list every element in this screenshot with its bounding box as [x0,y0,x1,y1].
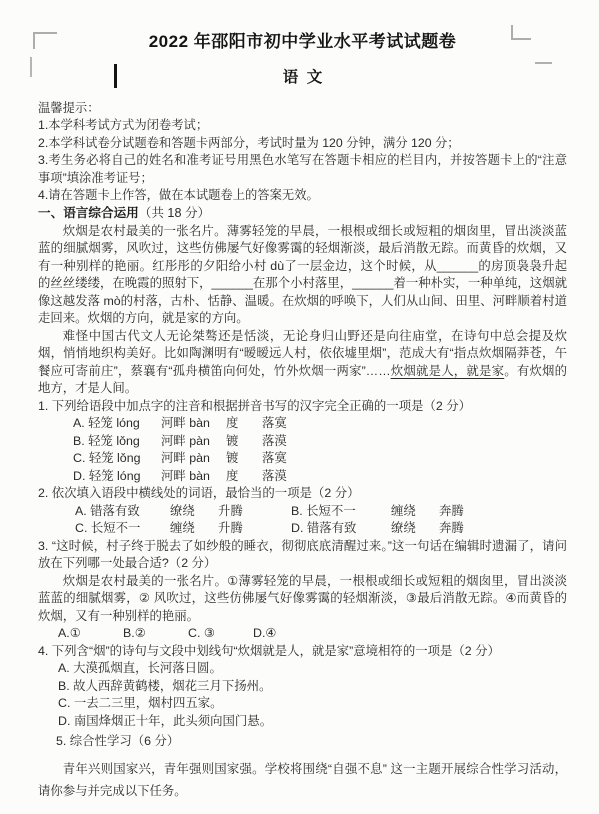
option-cell: 落漠 [262,468,287,486]
notice-items: 1.本学科考试方式为闭卷考试； 2.本学科试卷分试题卷和答题卡两部分，考试时量为… [38,117,567,204]
question-4-stem: 4. 下列含“烟”的诗句与文段中划线句“炊烟就是人，就是家”意境相符的一项是（2… [38,643,567,661]
section-heading-title: 一、语言综合运用 [38,206,139,220]
option-cell: 落寞 [262,450,287,468]
option-cell: 落漠 [262,433,287,451]
option-cell: 缭绕 [170,503,218,521]
exam-paper-page: 2022 年邵阳市初中学业水平考试试题卷 语 文 温馨提示： 1.本学科考试方式… [0,0,599,814]
question-1-option-row: C. 轻笼 lǒng河畔 pàn镀落寞 [73,450,567,468]
section-heading: 一、语言综合运用（共 18 分） [38,205,567,223]
option-cell: 镀 [226,450,262,468]
question-4-options: A. 大漠孤烟直，长河落日圆。 B. 故人西辞黄鹤楼，烟花三月下扬州。 C. 一… [38,660,567,730]
text-cursor-mark [114,64,117,88]
question-4-option: D. 南国烽烟正十年，此头须向国门悬。 [58,713,567,731]
option-cell: C. 轻笼 lǒng [73,450,161,468]
question-4-option: C. 一去二三里，烟村四五家。 [58,695,567,713]
option-cell: 度 [226,468,262,486]
option-cell: 镀 [226,433,262,451]
option-cell: 度 [226,415,262,433]
option-cell: 缭绕 [391,520,439,538]
question-4-option: B. 故人西辞黄鹤楼，烟花三月下扬州。 [58,678,567,696]
question-3-answer-row: A.① B.② C. ③ D.④ [58,625,567,643]
passage-paragraph-1: 炊烟是农村最美的一张名片。薄雾轻笼的早晨，一根根或细长或短粗的烟囱里，冒出淡淡蓝… [38,223,567,328]
question-1-stem: 1. 下列给语段中加点字的注音和根据拼音书写的汉字完全正确的一项是（2 分） [38,398,567,416]
option-cell: A. 轻笼 lóng [73,415,161,433]
question-3-stem: 3. “这时候，村子终于脱去了如纱般的睡衣，彻彻底底清醒过来。”这一句话在编辑时… [38,538,567,573]
notice-item: 4.请在答题卡上作答，做在本试题卷上的答案无效。 [38,187,567,204]
question-1-options: A. 轻笼 lóng河畔 bàn度落寞 B. 轻笼 lǒng河畔 pàn镀落漠 … [38,415,567,485]
option-cell: 升腾 [218,503,291,521]
option-cell: 缠绕 [170,520,218,538]
scan-corner-mark-top-right [511,25,531,40]
section-heading-points: （共 18 分） [139,206,210,220]
passage-segment: 炊烟就是人，就是家 [391,364,505,378]
notice-item: 1.本学科考试方式为闭卷考试； [38,117,567,134]
option-cell: 落寞 [262,415,287,433]
option-cell: 河畔 pàn [161,433,226,451]
option-cell: 升腾 [218,520,291,538]
option-cell: 奔腾 [439,520,464,538]
question-2-option-row: C. 长短不一缠绕升腾D. 错落有致缭绕奔腾 [75,520,567,538]
question-5-paragraph: 青年兴则国家兴，青年强则国家强。学校将围绕“自强不息” 这一主题开展综合性学习活… [38,758,567,802]
notice-item: 2.本学科试卷分试题卷和答题卡两部分，考试时量为 120 分钟，满分 120 分… [38,135,567,152]
question-2-stem: 2. 依次填入语段中横线处的词语，最恰当的一项是（2 分） [38,485,567,503]
option-cell: B. 轻笼 lǒng [73,433,161,451]
option-cell: D. 轻笼 lóng [73,468,161,486]
option-cell: 河畔 pàn [161,450,226,468]
answer-choice: A.① [58,625,123,643]
option-cell: A. 错落有致 [75,503,170,521]
option-cell: 奔腾 [439,503,464,521]
option-cell: C. 长短不一 [75,520,170,538]
answer-choice: B.② [123,625,188,643]
answer-choice: C. ③ [188,625,253,643]
question-5-stem: 5. 综合性学习（6 分） [56,733,567,751]
question-1-option-row: B. 轻笼 lǒng河畔 pàn镀落漠 [73,433,567,451]
notice-item: 3.考生务必将自己的姓名和准考证号用黑色水笔写在答题卡相应的栏目内，并按答题卡上… [38,152,567,187]
option-cell: 河畔 bàn [161,415,226,433]
notice-block: 温馨提示： 1.本学科考试方式为闭卷考试； 2.本学科试卷分试题卷和答题卡两部分… [38,100,567,204]
option-cell: D. 错落有致 [291,520,391,538]
question-2-option-row: A. 错落有致缭绕升腾B. 长短不一缠绕奔腾 [75,503,567,521]
question-3-passage: 炊烟是农村最美的一张名片。①薄雾轻笼的早晨，一根根或细长或短粗的烟囱里，冒出淡淡… [38,573,567,626]
notice-heading: 温馨提示： [38,100,567,117]
option-cell: 缠绕 [391,503,439,521]
option-cell: B. 长短不一 [291,503,391,521]
scan-tick-left-edge [30,57,32,77]
scan-dash-right [535,62,552,64]
answer-choice: D.④ [253,625,318,643]
passage-paragraph-2: 难怪中国古代文人无论桀骜还是恬淡，无论身归山野还是向往庙堂，在诗句中总会提及炊烟… [38,328,567,398]
option-cell: 河畔 bàn [161,468,226,486]
subject-title: 语 文 [38,68,567,88]
scan-corner-mark-top-left [33,32,57,49]
question-2-options: A. 错落有致缭绕升腾B. 长短不一缠绕奔腾 C. 长短不一缠绕升腾D. 错落有… [38,503,567,538]
question-4-option: A. 大漠孤烟直，长河落日圆。 [58,660,567,678]
question-1-option-row: A. 轻笼 lóng河畔 bàn度落寞 [73,415,567,433]
paper-title: 2022 年邵阳市初中学业水平考试试题卷 [38,30,567,54]
question-1-option-row: D. 轻笼 lóng河畔 bàn度落漠 [73,468,567,486]
